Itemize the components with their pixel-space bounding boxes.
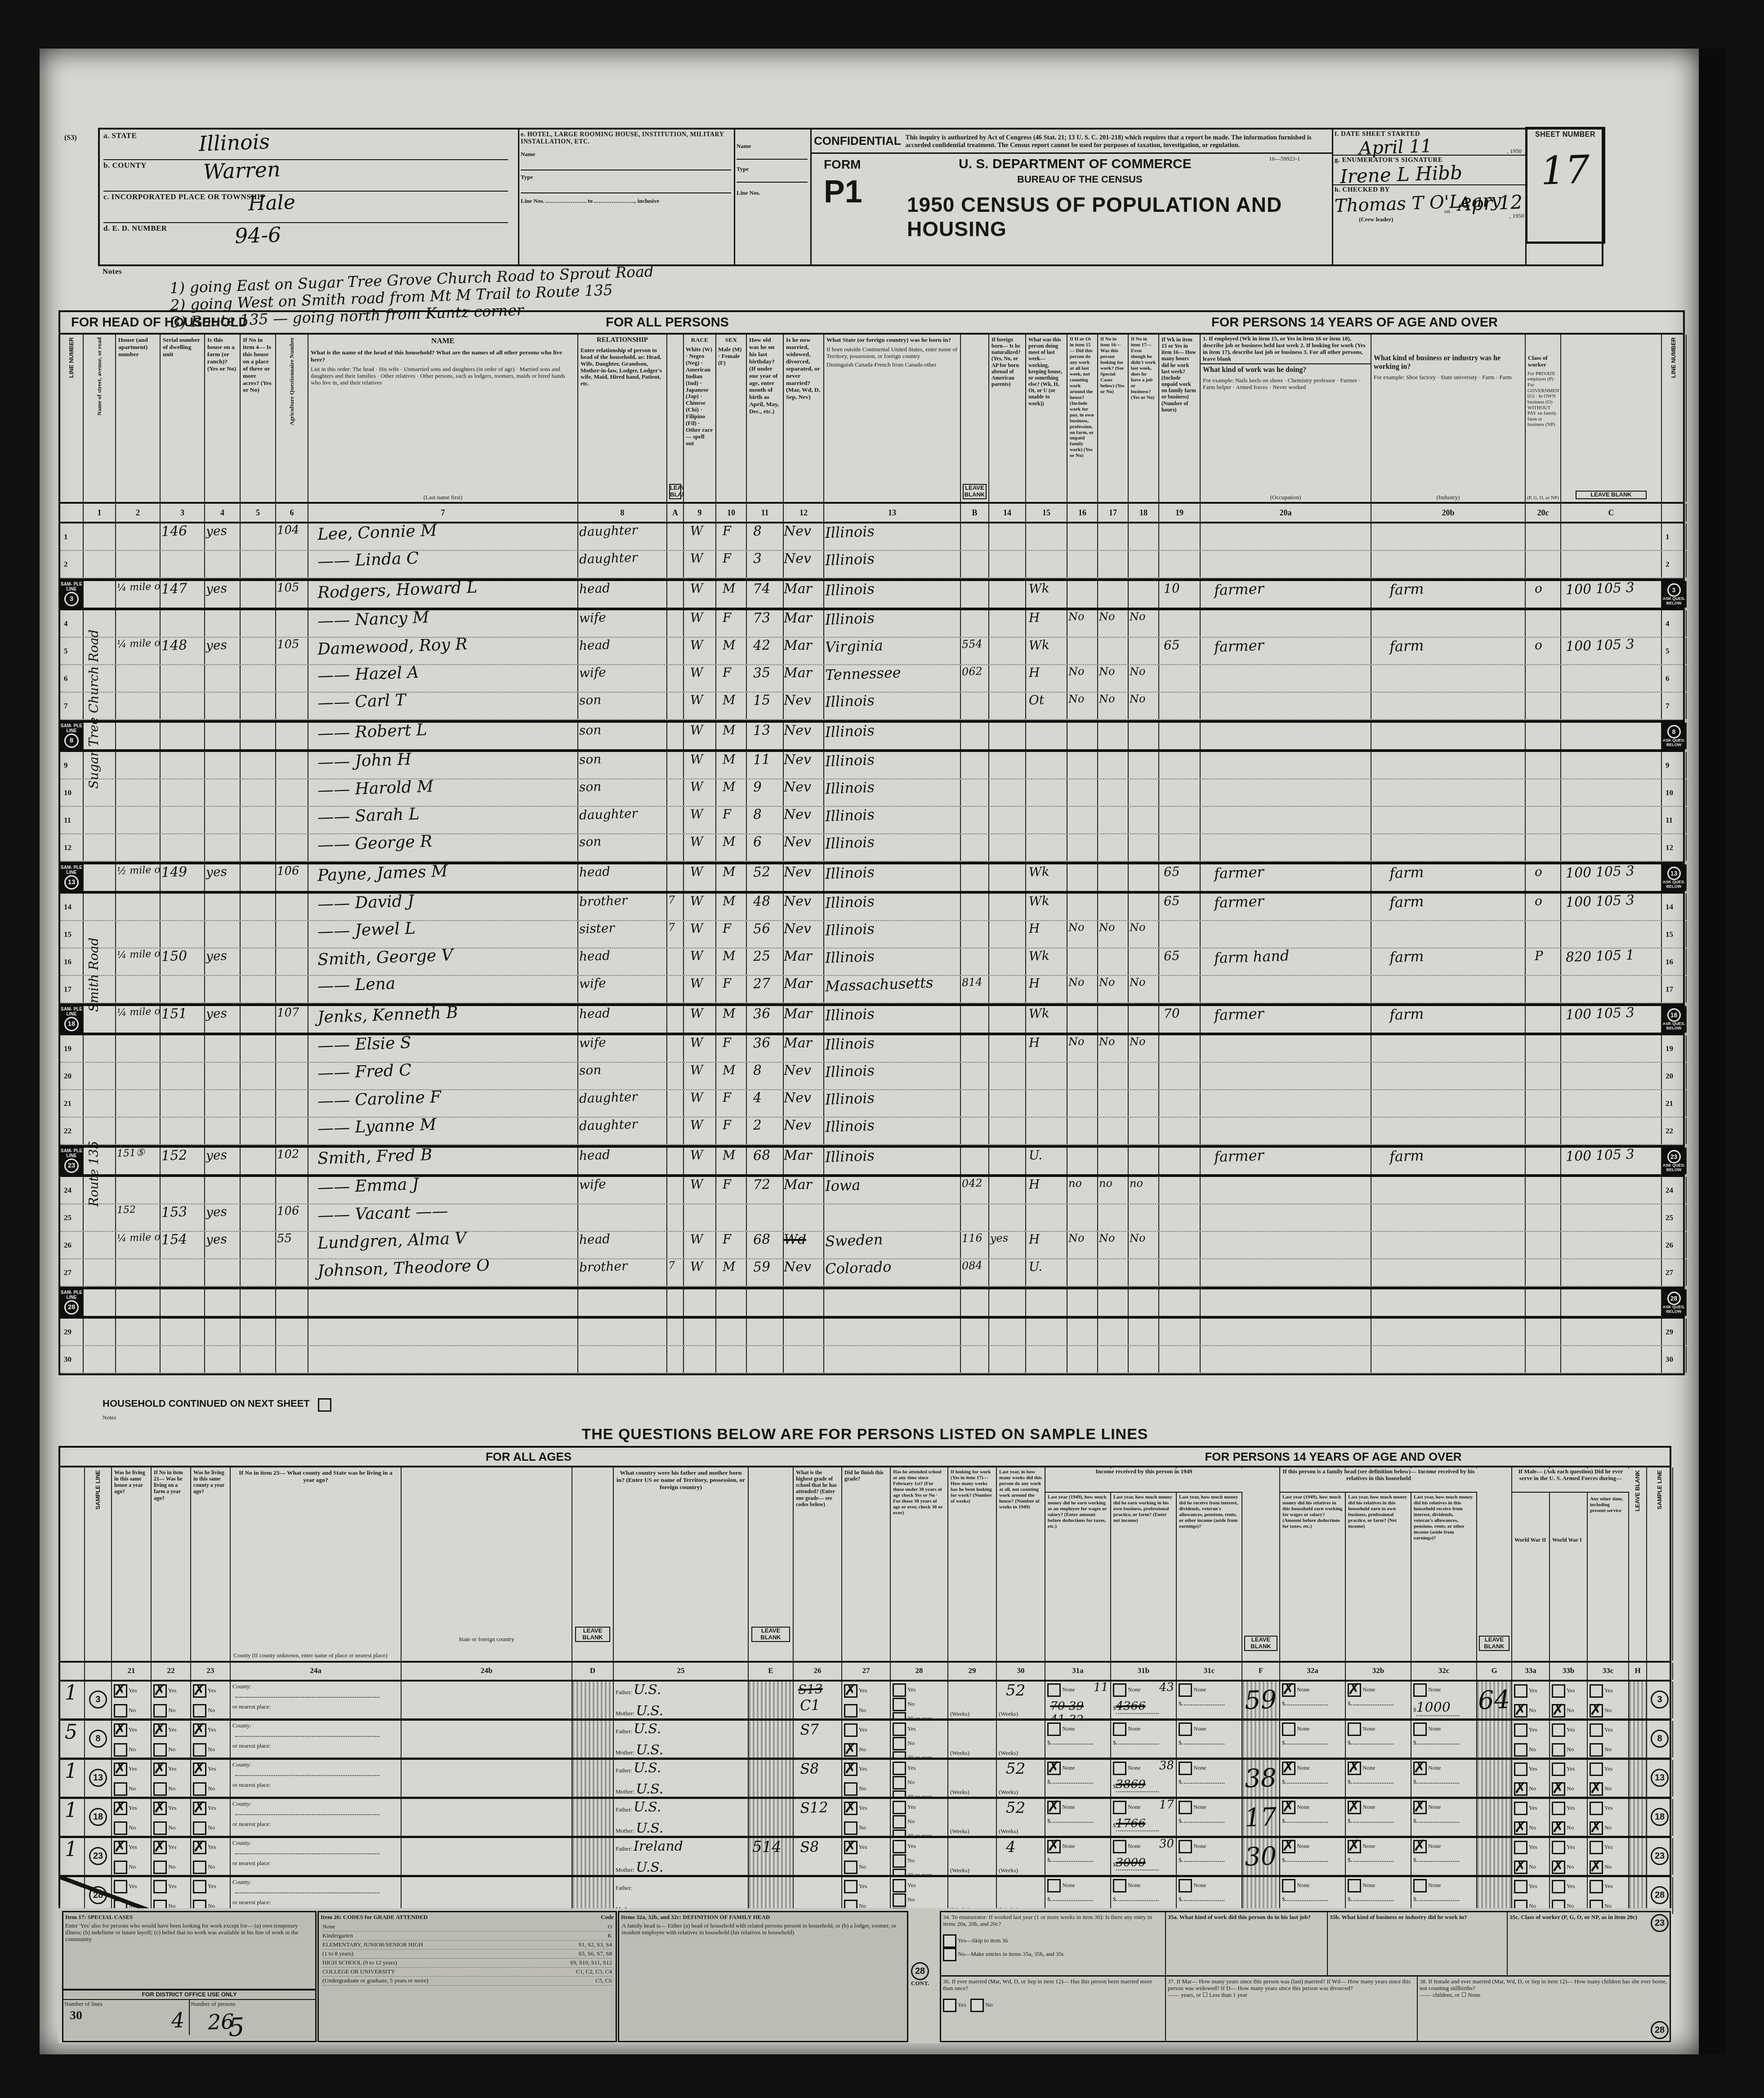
name-cell (308, 1346, 578, 1373)
race-cell: W (684, 864, 716, 891)
household-continued: HOUSEHOLD CONTINUED ON NEXT SHEET Notes (103, 1398, 331, 1421)
leave-blank-a-cell (667, 864, 684, 891)
marital-cell: Nev (784, 693, 824, 719)
worked-cell (1067, 894, 1098, 920)
relationship-cell: brother (578, 894, 667, 920)
grade-code-line: (1 to 8 years)S5, S6, S7, S8 (322, 1950, 612, 1959)
q21-cell: Yes No (112, 1799, 152, 1836)
age-cell: 68 (747, 1232, 784, 1258)
has-job-cell (1129, 523, 1159, 550)
birthplace-cell: Illinois (824, 864, 961, 891)
has-job-cell: No (1129, 693, 1159, 719)
house-number-cell (116, 807, 161, 833)
worked-cell (1067, 551, 1098, 577)
leave-blank-b-cell (961, 1035, 989, 1062)
marital-cell (784, 1346, 824, 1373)
col-occ-q: What kind of work was he doing? (1201, 364, 1371, 376)
serial-number-cell (161, 723, 205, 749)
age-cell: 8 (747, 807, 784, 833)
col-house: House (and apartment) number (116, 335, 160, 360)
worked-cell (1067, 1259, 1098, 1286)
weeks-worked-cell: 52(Weeks) (997, 1682, 1045, 1718)
sample-col-num: 25 (614, 1663, 749, 1680)
leave-blank-f-cell: 59 (1242, 1682, 1280, 1718)
serial-number-cell: 149 (161, 864, 205, 891)
doing-last-week-cell: Ot (1026, 693, 1067, 719)
state-cell (402, 1838, 572, 1875)
serial-number-cell (161, 1259, 205, 1286)
agri-questionnaire-cell (276, 921, 308, 948)
hours-worked-cell (1159, 1177, 1201, 1203)
line-number: 20 (60, 1063, 84, 1089)
q22-cell: Yes No (152, 1682, 191, 1718)
leave-blank-a-cell (667, 723, 684, 749)
race-cell (684, 1346, 716, 1373)
sex-cell: M (716, 693, 747, 719)
birthplace-cell: Illinois (824, 551, 961, 577)
income-31a-cell: None $ (1045, 1721, 1111, 1758)
has-job-cell (1129, 1006, 1159, 1033)
ww2-cell: Yes No (1512, 1721, 1550, 1758)
class-of-worker-cell (1526, 1232, 1561, 1258)
col-22: If No in item 21— Was he living on a far… (152, 1467, 190, 1503)
naturalized-cell (989, 1289, 1026, 1316)
sex-cell: F (716, 1118, 747, 1144)
worked-cell: No (1067, 976, 1098, 1002)
street-name-vertical: Route 135 (86, 1107, 101, 1240)
sample-col-num: 31b (1111, 1663, 1177, 1680)
item35a: 35a. What kind of work did this person d… (1166, 1912, 1328, 1975)
house-number-cell: ½ mile on right (116, 864, 161, 891)
table-row: 26¼ mile on left154yes55Lundgren, Alma V… (60, 1232, 1683, 1259)
line-number: 17 (60, 976, 84, 1002)
line-number-right: 22 (1662, 1118, 1687, 1144)
industry-cell (1371, 1319, 1526, 1345)
col-num: 16 (1067, 504, 1098, 522)
age-cell: 36 (747, 1006, 784, 1033)
age-cell: 35 (747, 665, 784, 692)
office-code-cell (1561, 1346, 1662, 1373)
name-cell: Smith, George V (308, 948, 578, 975)
marital-cell: Mar (784, 1148, 824, 1174)
income-31b-cell: 30 None $3000 (1111, 1838, 1177, 1875)
naturalized-cell (989, 948, 1026, 975)
name-cell (308, 1319, 578, 1345)
race-cell: W (684, 976, 716, 1002)
col-ind-f: (Industry) (1371, 494, 1525, 501)
acres-cell (241, 638, 276, 664)
leave-blank-f-cell: 38 (1242, 1760, 1280, 1797)
ed-number-value: 94-6 (234, 222, 281, 248)
marital-cell: Nev (784, 752, 824, 778)
leave-blank-b-cell (961, 1204, 989, 1231)
other-service-cell: Yes No (1588, 1799, 1629, 1836)
race-cell: W (684, 523, 716, 550)
line-number-right: 7 (1662, 693, 1687, 719)
serial-number-cell: 154 (161, 1232, 205, 1258)
age-cell: 74 (747, 581, 784, 608)
birthplace-cell: Illinois (824, 834, 961, 861)
sample-col-num (1647, 1663, 1673, 1680)
occupation-cell (1201, 665, 1371, 692)
sample-col-num: 24b (402, 1663, 572, 1680)
form-code: 16—59923-1 (1269, 156, 1300, 162)
leave-blank-f-cell (1242, 1721, 1280, 1758)
worked-cell (1067, 523, 1098, 550)
line-number: 2 (60, 551, 84, 577)
col-cls-eg: For PRIVATE employer (P) · For GOVERNMEN… (1526, 370, 1560, 429)
acres-cell (241, 807, 276, 833)
sample-sec-all-ages: FOR ALL AGES (60, 1450, 997, 1464)
weeks-looking-cell: (Weeks) (948, 1760, 997, 1797)
race-cell: W (684, 723, 716, 749)
has-job-cell (1129, 864, 1159, 891)
leave-blank-a-cell (667, 1319, 684, 1345)
hours-worked-cell (1159, 723, 1201, 749)
col-num: 15 (1026, 504, 1067, 522)
has-job-cell (1129, 723, 1159, 749)
col-24a: County (If county unknown, enter name of… (231, 1652, 390, 1659)
class-of-worker-cell (1526, 1319, 1561, 1345)
leave-blank-g-cell (1477, 1760, 1512, 1797)
income-32c-cell: None $ (1411, 1799, 1477, 1836)
looking-for-work-cell (1098, 1118, 1129, 1144)
office-code-cell (1561, 807, 1662, 833)
marital-cell: Nev (784, 1259, 824, 1286)
naturalized-cell (989, 723, 1026, 749)
class-of-worker-cell (1526, 1090, 1561, 1117)
col-15: What was this person doing most of last … (1026, 335, 1067, 408)
table-row: 12—— George RsonWM6NevIllinois12 (60, 834, 1683, 862)
acres-cell (241, 834, 276, 861)
age-cell: 2 (747, 1118, 784, 1144)
line-number-right: 6 (1662, 665, 1687, 692)
scan-border-top (0, 0, 1764, 49)
worked-cell: no (1067, 1177, 1098, 1203)
line-number-right: 1 (1662, 523, 1687, 550)
industry-cell (1371, 551, 1526, 577)
leave-blank-e-cell: 514 (749, 1838, 794, 1875)
naturalized-cell (989, 834, 1026, 861)
sample-col-num: 29 (948, 1663, 997, 1680)
office-code-cell (1561, 610, 1662, 637)
table-row: 27Johnson, Theodore Obrother7WM59NevColo… (60, 1259, 1683, 1287)
col-26: What is the highest grade of school that… (794, 1467, 841, 1509)
hours-worked-cell (1159, 610, 1201, 637)
birthplace-cell: Illinois (824, 581, 961, 608)
item36: 36. If ever married (Mar, Wd, D, or Sep … (941, 1977, 1166, 2041)
item38: 38. If female and ever married (Mar, Wd,… (1418, 1977, 1670, 2041)
serial-number-cell: 152 (161, 1148, 205, 1174)
class-of-worker-cell (1526, 921, 1561, 948)
has-job-cell (1129, 551, 1159, 577)
line-number-right: 10 (1662, 779, 1687, 806)
col-num: 2 (116, 504, 161, 522)
on-label: on (1444, 208, 1450, 215)
hours-worked-cell (1159, 523, 1201, 550)
sex-cell: M (716, 894, 747, 920)
sample-line-marker: SAM- PLE LINE13 (60, 864, 84, 891)
sex-cell: F (716, 1090, 747, 1117)
leave-blank-b-cell: 814 (961, 976, 989, 1002)
marital-cell (784, 1204, 824, 1231)
race-cell: W (684, 948, 716, 975)
finished-grade-cell: Yes No (842, 1838, 891, 1875)
income-31b-cell: 17 None $1766 (1111, 1799, 1177, 1836)
col-28: Has he attended school at any time since… (891, 1467, 947, 1518)
sample-line-marker: SAM- PLE LINE18 (60, 1006, 84, 1033)
attended-school-cell: Yes No 30 or over (891, 1760, 948, 1797)
farm-yes-no-cell (205, 1063, 241, 1089)
name-cell: Smith, Fred B (308, 1148, 578, 1174)
sex-cell: M (716, 1063, 747, 1089)
agri-questionnaire-cell (276, 807, 308, 833)
naturalized-cell (989, 1346, 1026, 1373)
birthplace-cell: Tennessee (824, 665, 961, 692)
agri-questionnaire-cell (276, 1177, 308, 1203)
agri-questionnaire-cell (276, 665, 308, 692)
acres-cell (241, 1063, 276, 1089)
house-number-cell (116, 723, 161, 749)
marital-cell (784, 1289, 824, 1316)
naturalized-cell (989, 921, 1026, 948)
looking-for-work-cell (1098, 1259, 1129, 1286)
marital-cell: Mar (784, 976, 824, 1002)
naturalized-cell (989, 752, 1026, 778)
sample-column-numbers: 21222324a24bD25E262728293031a31b31cF32a3… (58, 1663, 1671, 1682)
office-code-cell: 100 105 3 (1561, 1006, 1662, 1033)
farm-yes-no-cell: yes (205, 1232, 241, 1258)
main-header: LINE NUMBERName of street, avenue, or ro… (58, 333, 1685, 504)
farm-yes-no-cell (205, 921, 241, 948)
doing-last-week-cell (1026, 752, 1067, 778)
col-num: C (1561, 504, 1662, 522)
sample-margin-count: 1 (60, 1838, 85, 1875)
has-job-cell: no (1129, 1177, 1159, 1203)
farm-yes-no-cell: yes (205, 1148, 241, 1174)
race-cell: W (684, 693, 716, 719)
sample-col-num: 31c (1177, 1663, 1242, 1680)
doing-last-week-cell: Wk (1026, 864, 1067, 891)
doing-last-week-cell: Wk (1026, 581, 1067, 608)
leave-blank-a-cell (667, 752, 684, 778)
item26-title: Item 26: CODES for GRADE ATTENDED (321, 1914, 428, 1921)
sample-col-num: 32c (1411, 1663, 1477, 1680)
race-cell (684, 1204, 716, 1231)
marital-cell: Nev (784, 551, 824, 577)
line-number: 9 (60, 752, 84, 778)
sample-col-num: 33b (1550, 1663, 1588, 1680)
doing-last-week-cell: H (1026, 610, 1067, 637)
grade-code-line: (Undergraduate or graduate, 5 years or m… (322, 1977, 612, 1986)
sample-col-num: 28 (891, 1663, 948, 1680)
doing-last-week-cell: Wk (1026, 1006, 1067, 1033)
marital-cell: Mar (784, 1006, 824, 1033)
ww1-cell: Yes No (1550, 1760, 1588, 1797)
col-24-q: If No in item 23— What county and State … (231, 1467, 401, 1485)
acres-cell (241, 1177, 276, 1203)
line-number: 21 (60, 1090, 84, 1117)
serial-number-cell (161, 807, 205, 833)
line-number-right: 30 (1662, 1346, 1687, 1373)
relationship-cell: son (578, 779, 667, 806)
census-title: 1950 CENSUS OF POPULATION AND HOUSING (907, 192, 1332, 241)
race-cell: W (684, 1006, 716, 1033)
has-job-cell (1129, 752, 1159, 778)
col-age: How old was he on his last birthday? (If… (747, 335, 783, 417)
sample-row: 58 Yes No Yes No Yes NoCounty:or nearest… (60, 1721, 1670, 1760)
township-label: c. INCORPORATED PLACE OR TOWNSHIP (103, 192, 265, 201)
race-cell: W (684, 581, 716, 608)
main-notes-label: Notes (103, 1414, 331, 1421)
sample-col-num: 33a (1512, 1663, 1550, 1680)
age-cell: 59 (747, 1259, 784, 1286)
agri-questionnaire-cell (276, 976, 308, 1002)
leave-blank-a-cell (667, 834, 684, 861)
farm-yes-no-cell (205, 976, 241, 1002)
checked-year: , 1950 (1509, 213, 1524, 219)
age-cell: 4 (747, 1090, 784, 1117)
house-number-cell (116, 1090, 161, 1117)
weeks-worked-cell: 52(Weeks) (997, 1799, 1045, 1836)
worked-cell (1067, 638, 1098, 664)
occupation-cell: farm hand (1201, 948, 1371, 975)
occupation-cell: farmer (1201, 581, 1371, 608)
relationship-cell: wife (578, 976, 667, 1002)
q23-cell: Yes No (191, 1838, 231, 1875)
naturalized-cell (989, 1204, 1026, 1231)
h-cell (1629, 1799, 1647, 1836)
parents-birthplace-cell: Father: U.S. Mother: U.S. (614, 1799, 749, 1836)
office-code-cell (1561, 523, 1662, 550)
item34: 34. To enumerator: If worked last year (… (941, 1912, 1166, 1975)
col-acres: If No in item 4— Is this house on a plac… (241, 335, 275, 395)
col-num: 12 (784, 504, 824, 522)
scan-border-bottom (0, 2054, 1764, 2098)
occupation-cell (1201, 1204, 1371, 1231)
age-cell: 42 (747, 638, 784, 664)
leave-blank-b-cell: 554 (961, 638, 989, 664)
acres-cell (241, 1232, 276, 1258)
sheet-number-value: 17 (1527, 147, 1603, 194)
occupation-cell (1201, 1177, 1371, 1203)
col-g-leave-blank: LEAVE BLANK (1479, 1636, 1509, 1651)
race-cell: W (684, 665, 716, 692)
leave-blank-f-cell: 17 (1242, 1799, 1280, 1836)
looking-for-work-cell (1098, 1006, 1129, 1033)
line-number-right: 21 (1662, 1090, 1687, 1117)
sample-col-num: F (1242, 1663, 1280, 1680)
worked-cell (1067, 864, 1098, 891)
serial-number-cell: 146 (161, 523, 205, 550)
looking-for-work-cell (1098, 807, 1129, 833)
line-number-right: 26 (1662, 1232, 1687, 1258)
line-number: 5 (60, 638, 84, 664)
sample-margin-count: 1 (60, 1799, 85, 1836)
office-code-cell (1561, 1177, 1662, 1203)
birthplace-cell: Illinois (824, 1148, 961, 1174)
sample-table: THE QUESTIONS BELOW ARE FOR PERSONS LIST… (58, 1426, 1671, 1918)
class-of-worker-cell: o (1526, 864, 1561, 891)
looking-for-work-cell: No (1098, 1232, 1129, 1258)
col-name-f: (Last name first) (308, 494, 577, 501)
industry-cell (1371, 1259, 1526, 1286)
relationship-cell: head (578, 1006, 667, 1033)
main-table: FOR HEAD OF HOUSEHOLD FOR ALL PERSONS FO… (58, 310, 1685, 1375)
sample-row: 123 Yes No Yes No Yes NoCounty:or neares… (60, 1838, 1670, 1877)
class-of-worker-cell (1526, 976, 1561, 1002)
grade-codes-box: Item 26: CODES for GRADE ATTENDED Code N… (317, 1911, 617, 2042)
leave-blank-a-cell (667, 1118, 684, 1144)
col-birth-n1: If born outside Continental United State… (824, 345, 960, 361)
line-number-right: 20 (1662, 1063, 1687, 1089)
naturalized-cell (989, 523, 1026, 550)
income-31b-cell: 38 None $3869 (1111, 1760, 1177, 1797)
sample-col-num: 23 (191, 1663, 231, 1680)
house-number-cell (116, 551, 161, 577)
hotel-type-label: Type (518, 170, 734, 181)
line-number: 27 (60, 1259, 84, 1286)
sex-cell (716, 1204, 747, 1231)
acres-cell (241, 976, 276, 1002)
house-number-cell: ¼ mile on left (116, 1006, 161, 1033)
leave-blank-b-cell (961, 1090, 989, 1117)
sex-cell: M (716, 1148, 747, 1174)
farm-yes-no-cell: yes (205, 1204, 241, 1231)
attended-school-cell: Yes No 30 or over (891, 1799, 948, 1836)
farm-yes-no-cell (205, 1035, 241, 1062)
has-job-cell: No (1129, 976, 1159, 1002)
ask-ques-below-marker: 13ASK QUES. BELOW (1662, 864, 1687, 891)
leave-blank-g-cell (1477, 1799, 1512, 1836)
has-job-cell (1129, 1148, 1159, 1174)
has-job-cell: No (1129, 1035, 1159, 1062)
marital-cell: Mar (784, 948, 824, 975)
class-of-worker-cell: o (1526, 638, 1561, 664)
state-cell (402, 1682, 572, 1718)
dept-title: U. S. DEPARTMENT OF COMMERCE (959, 157, 1192, 172)
col-31a: Last year (1949), how much money did he … (1045, 1493, 1110, 1531)
farm-yes-no-cell (205, 1118, 241, 1144)
weeks-looking-cell: (Weeks) (948, 1799, 997, 1836)
relationship-cell: head (578, 581, 667, 608)
naturalized-cell (989, 807, 1026, 833)
hours-worked-cell (1159, 1289, 1201, 1316)
col-a-leave-blank: LEAVE BLANK (669, 484, 681, 499)
race-cell: W (684, 638, 716, 664)
leave-blank-a-cell (667, 948, 684, 975)
class-of-worker-cell (1526, 1035, 1561, 1062)
leave-blank-e-cell (749, 1682, 794, 1718)
naturalized-cell (989, 1063, 1026, 1089)
sample-rows: 13 Yes No Yes No Yes NoCounty:or nearest… (58, 1682, 1671, 1918)
worked-cell (1067, 1204, 1098, 1231)
occupation-cell: farmer (1201, 894, 1371, 920)
looking-for-work-cell (1098, 551, 1129, 577)
office-code-cell (1561, 1319, 1662, 1345)
house-number-cell (116, 1118, 161, 1144)
worked-cell: No (1067, 1035, 1098, 1062)
industry-cell (1371, 610, 1526, 637)
leave-blank-a-cell (667, 693, 684, 719)
section-14-and-over: FOR PERSONS 14 YEARS OF AGE AND OVER (1026, 315, 1683, 330)
industry-cell (1371, 834, 1526, 861)
q23-cell: Yes No (191, 1799, 231, 1836)
looking-for-work-cell (1098, 752, 1129, 778)
acres-cell (241, 1346, 276, 1373)
ask-ques-below-marker: 18ASK QUES. BELOW (1662, 1006, 1687, 1033)
line-number: 22 (60, 1118, 84, 1144)
